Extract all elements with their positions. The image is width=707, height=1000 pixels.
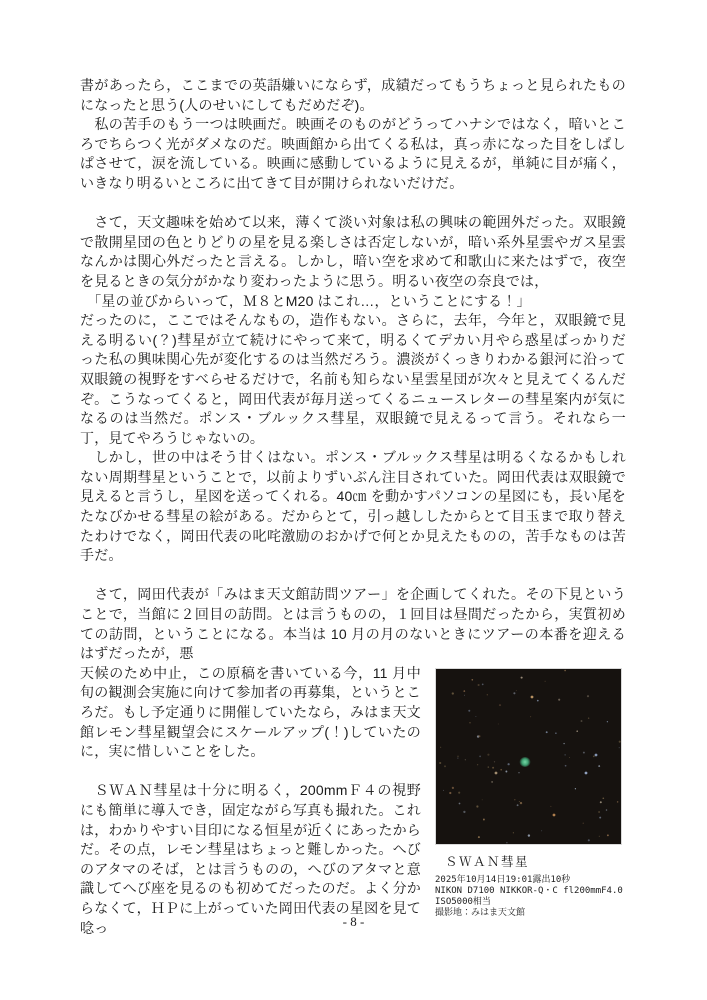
photo-credits: 2025年10月14日19:01露出10秒 NIKON D7100 NIKKOR… [435,875,626,920]
document-page: 書があったら，ここまでの英語嫌いにならず，成績だってもうちょっと見られたものにな… [0,0,707,1000]
wrapped-text-column: 天候のため中止，この原稿を書いている今，11 月中旬の観測会実施に向けて参加者の… [80,664,421,938]
paragraph: だったのに，ここではそんなもの，造作もない。さらに，去年，今年と，双眼鏡で見える… [80,311,626,448]
credit-line-iso: ISO5000相当 [435,897,626,908]
paragraph-spacer [80,566,626,586]
paragraph: さて，岡田代表が「みはま天文館訪問ツアー」を企画してくれた。その下見ということで… [80,585,626,663]
paragraph: 天候のため中止，この原稿を書いている今，11 月中旬の観測会実施に向けて参加者の… [80,664,421,762]
starfield-image [436,669,621,844]
comet-photo [435,668,622,845]
paragraph: 書があったら，ここまでの英語嫌いにならず，成績だってもうちょっと見られたものにな… [80,76,626,115]
comet-figure: ＳＷＡＮ彗星 2025年10月14日19:01露出10秒 NIKON D7100… [435,668,626,920]
paragraph: しかし，世の中はそう甘くはない。ポンス・ブルックス彗星は明るくなるかもしれない周… [80,448,626,566]
paragraph: 私の苦手のもう一つは映画だ。映画そのものがどうってハナシではなく，暗いところでち… [80,115,626,193]
figure-column: ＳＷＡＮ彗星 2025年10月14日19:01露出10秒 NIKON D7100… [435,664,626,920]
paragraph-spacer [80,194,626,214]
page-number: - 8 - [0,914,707,930]
comet-blob [519,757,530,767]
credit-line-camera: NIKON D7100 NIKKOR-Q・C fl200mmF4.0 [435,886,626,897]
paragraph: さて，天文趣味を始めて以来，薄くて淡い対象は私の興味の範囲外だった。双眼鏡で散開… [80,213,626,291]
page-content: 書があったら，ここまでの英語嫌いにならず，成績だってもうちょっと見られたものにな… [80,76,626,938]
credit-line-date: 2025年10月14日19:01露出10秒 [435,875,626,886]
paragraph-spacer [80,762,421,782]
photo-caption: ＳＷＡＮ彗星 [445,852,626,870]
quote-line: 「星の並びからいって，Ｍ８とM20 はこれ…，ということにする！」 [80,292,626,312]
text-image-wrap-section: 天候のため中止，この原稿を書いている今，11 月中旬の観測会実施に向けて参加者の… [80,664,626,938]
